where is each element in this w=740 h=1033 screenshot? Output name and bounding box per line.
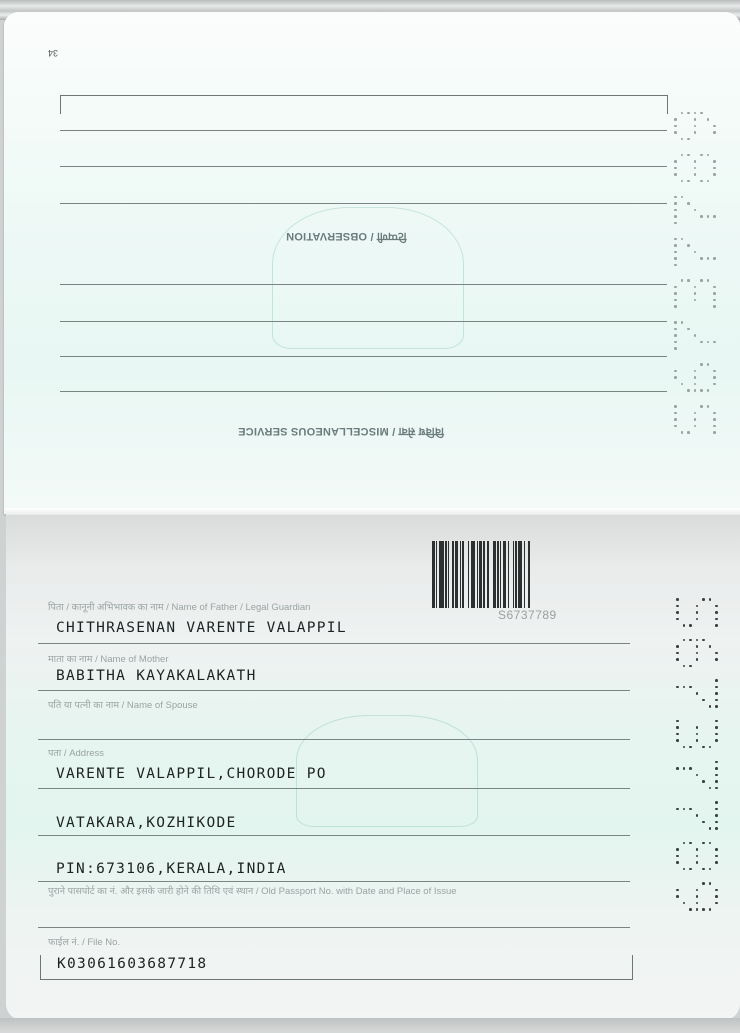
file-number-value: K03061603687718 xyxy=(57,956,207,972)
file-number-label: फाईल नं. / File No. xyxy=(48,935,120,948)
father-name-label: पिता / कानूनी अभिभावक का नाम / Name of F… xyxy=(48,600,310,613)
observation-box-top xyxy=(60,95,668,114)
misc-service-heading: विविध सेवा / MISCELLANEOUS SERVICE xyxy=(238,424,444,439)
perforated-passport-number-top xyxy=(674,100,722,435)
old-passport-label: पुराने पासपोर्ट का नं. और इसके जारी होने… xyxy=(48,884,457,897)
rule-line xyxy=(60,203,667,204)
father-name-value: CHITHRASENAN VARENTE VALAPPIL xyxy=(56,620,347,636)
mother-name-label: माता का नाम / Name of Mother xyxy=(48,652,169,665)
rule-line xyxy=(60,130,667,131)
rule-line xyxy=(38,690,630,691)
rule-line xyxy=(60,321,667,322)
address-line-3: PIN:673106,KERALA,INDIA xyxy=(56,861,287,877)
rule-line xyxy=(38,881,630,882)
rule-line xyxy=(60,166,667,167)
rule-line xyxy=(60,356,667,357)
rule-line xyxy=(60,391,667,392)
barcode-number: S6737789 xyxy=(498,608,557,622)
rule-line xyxy=(38,927,630,928)
spouse-name-label: पति या पत्नी का नाम / Name of Spouse xyxy=(48,698,198,711)
page-stack-bottom xyxy=(0,1018,740,1033)
barcode xyxy=(432,541,638,608)
page-number: 34 xyxy=(48,48,58,58)
rule-line xyxy=(60,284,667,285)
address-label: पता / Address xyxy=(48,746,104,759)
perforated-passport-number-bottom xyxy=(676,598,724,923)
rule-line xyxy=(38,788,630,789)
mother-name-value: BABITHA KAYAKALAKATH xyxy=(56,668,257,684)
rule-line xyxy=(38,835,630,836)
address-line-1: VARENTE VALAPPIL,CHORODE PO xyxy=(56,766,327,782)
rule-line xyxy=(38,643,630,644)
observation-heading: टिप्पणी / OBSERVATION xyxy=(286,229,406,244)
address-line-2: VATAKARA,KOZHIKODE xyxy=(56,815,237,831)
rule-line xyxy=(38,739,630,740)
